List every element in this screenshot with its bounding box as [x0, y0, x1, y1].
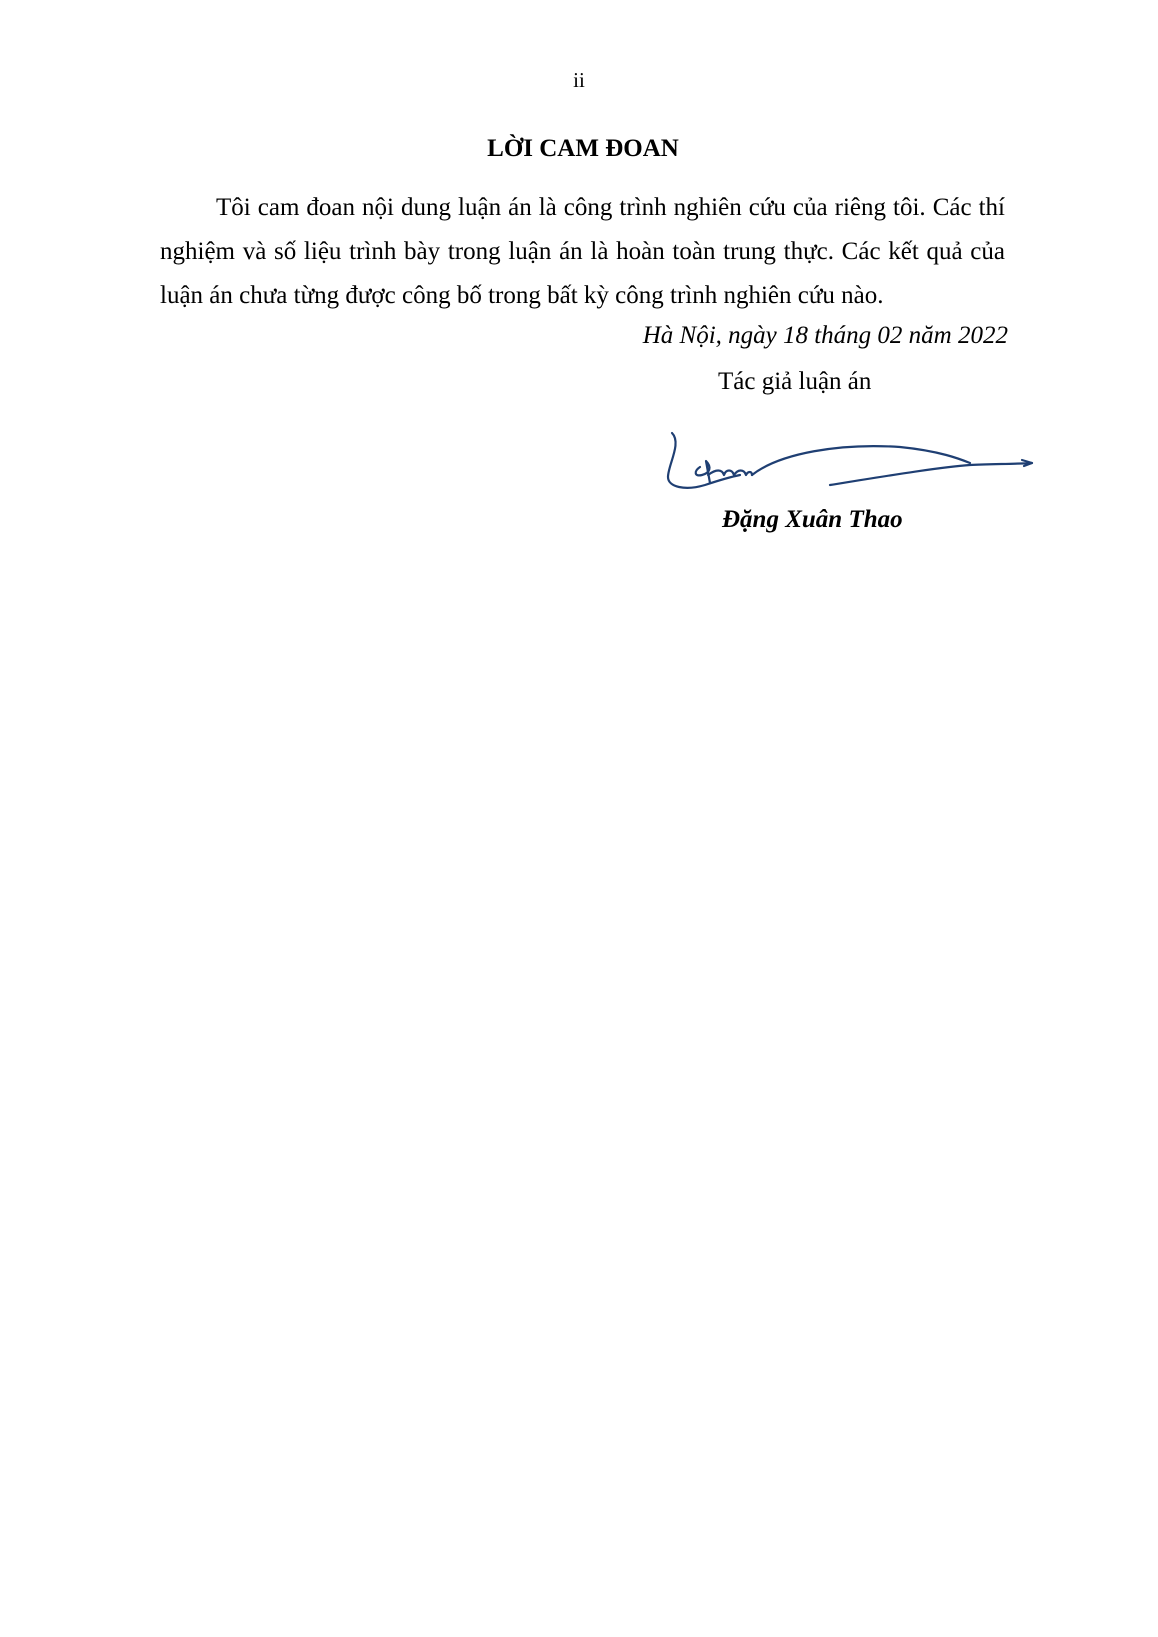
declaration-paragraph: Tôi cam đoan nội dung luận án là công tr…	[160, 186, 1005, 318]
signature-icon	[660, 425, 1040, 500]
page-number: ii	[0, 68, 1158, 93]
author-name: Đặng Xuân Thao	[722, 506, 903, 534]
page-title: LỜI CAM ĐOAN	[0, 135, 1158, 163]
author-label: Tác giả luận án	[718, 368, 871, 396]
declaration-body: Tôi cam đoan nội dung luận án là công tr…	[160, 186, 1005, 318]
place-date: Hà Nội, ngày 18 tháng 02 năm 2022	[643, 322, 1008, 350]
